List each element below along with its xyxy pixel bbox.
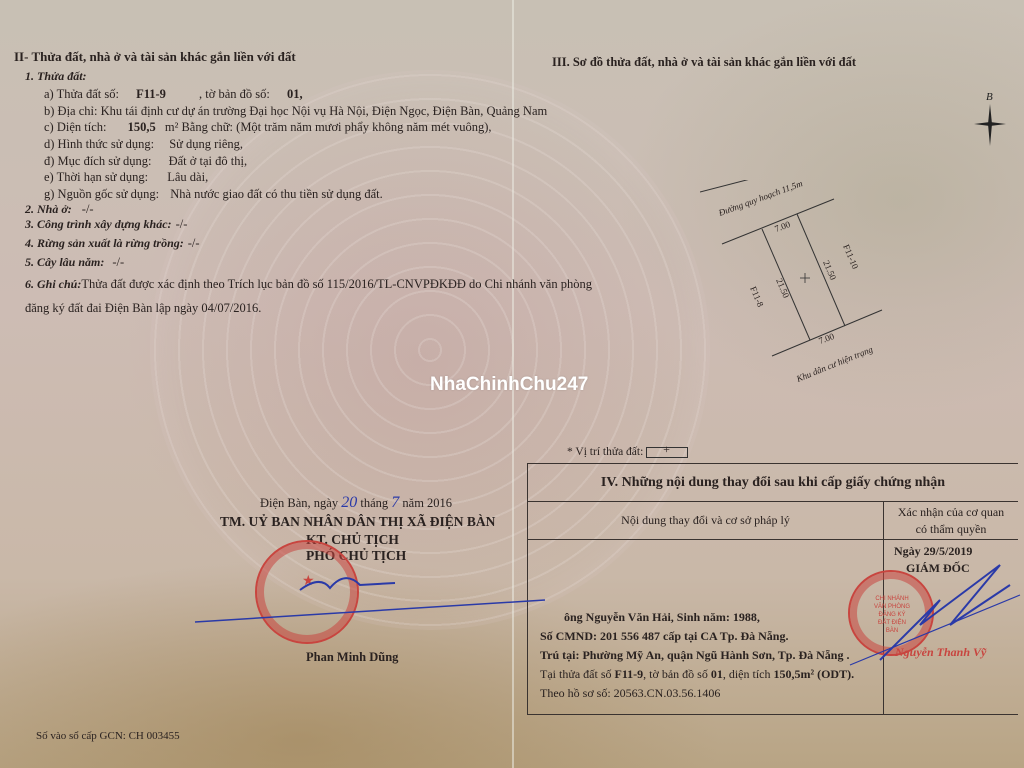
sign-date: Điện Bàn, ngày 20 tháng 7 năm 2016: [260, 494, 452, 512]
dim-top: 7.00: [773, 219, 792, 234]
dim-left: 21.50: [774, 277, 791, 300]
area-value: 150,5: [128, 120, 156, 134]
use-form-row: d) Hình thức sử dụng: Sử dụng riêng,: [44, 137, 243, 152]
label: đ) Mục đích sử dụng:: [44, 154, 151, 168]
residential-label: Khu dân cư hiện trạng: [794, 344, 875, 384]
use-form-value: Sử dụng riêng,: [169, 137, 243, 151]
sign-month: 7: [391, 494, 399, 511]
issuing-org: TM. UỶ BAN NHÂN DÂN THỊ XÃ ĐIỆN BÀN: [220, 514, 495, 530]
forest-row: 4. Rừng sản xuất là rừng trồng: -/-: [25, 234, 200, 252]
label: g) Nguồn gốc sử dụng:: [44, 187, 159, 201]
registry-number: Số vào sổ cấp GCN: CH 003455: [36, 730, 180, 742]
label: a) Thửa đất số:: [44, 87, 119, 101]
dim-right: 21.50: [821, 259, 838, 282]
use-term-value: Lâu dài,: [167, 170, 208, 184]
note-line-1: Thửa đất được xác định theo Trích lục bả…: [81, 277, 592, 291]
neighbor-left: F11-8: [748, 285, 766, 309]
label: 4. Rừng sản xuất là rừng trồng:: [25, 236, 184, 250]
area-row: c) Diện tích: 150,5 m² Bằng chữ: (Một tr…: [44, 120, 492, 135]
label: 2. Nhà ở:: [25, 202, 72, 216]
col-confirm-header: Xác nhận của cơ quan có thẩm quyền: [884, 502, 1018, 539]
star-icon: ★: [302, 573, 315, 590]
note-row: 6. Ghi chú:Thửa đất được xác định theo T…: [25, 275, 592, 293]
use-term-row: e) Thời hạn sử dụng: Lâu dài,: [44, 170, 208, 185]
area-words: Bằng chữ: (Một trăm năm mươi phẩy không …: [181, 120, 491, 134]
section-3-title: III. Sơ đồ thửa đất, nhà ở và tài sản kh…: [552, 55, 856, 70]
change-content-cell: ông Nguyễn Văn Hải, Sinh năm: 1988, Số C…: [528, 540, 884, 715]
land-parcel-row: a) Thửa đất số: F11-9 , tờ bản đồ số: 01…: [44, 87, 303, 102]
table-header: Nội dung thay đổi và cơ sở pháp lý Xác n…: [528, 502, 1018, 540]
label: 3. Công trình xây dựng khác:: [25, 217, 172, 231]
section-2-title: II- Thửa đất, nhà ở và tài sản khác gắn …: [14, 49, 296, 65]
road-label: Đường quy hoạch 11,5m: [716, 180, 804, 218]
area-unit: m²: [165, 120, 178, 134]
neighbor-right: F11-10: [841, 243, 860, 271]
parcel-location: * Vị trí thửa đất:: [567, 446, 688, 458]
text: Tại thửa đất số: [540, 667, 611, 681]
confirm-date: Ngày 29/5/2019: [894, 544, 972, 559]
map-sheet-number: 01,: [287, 87, 303, 101]
table-row: ông Nguyễn Văn Hải, Sinh năm: 1988, Số C…: [528, 540, 1018, 715]
dim-bottom: 7.00: [817, 331, 836, 346]
confirm-header-line-1: Xác nhận của cơ quan: [898, 504, 1004, 521]
label: 5. Cây lâu năm:: [25, 255, 104, 269]
label: e) Thời hạn sử dụng:: [44, 170, 148, 184]
location-marker-icon: [646, 447, 688, 458]
label: b) Địa chỉ:: [44, 104, 97, 118]
month-label: tháng: [360, 496, 388, 510]
confirm-header-line-2: có thẩm quyền: [916, 521, 987, 538]
owner-line: ông Nguyễn Văn Hải, Sinh năm: 1988,: [540, 608, 854, 627]
col-changes-header: Nội dung thay đổi và cơ sở pháp lý: [528, 502, 884, 539]
change-entry: ông Nguyễn Văn Hải, Sinh năm: 1988, Số C…: [540, 608, 854, 703]
id-line: Số CMND: 201 556 487 cấp tại CA Tp. Đà N…: [540, 627, 854, 646]
location-label: * Vị trí thửa đất:: [567, 446, 643, 458]
stamp-text: CHI NHÁNH VĂN PHÒNG ĐĂNG KÝ ĐẤT ĐIỆN BÀN: [872, 595, 912, 635]
map: 01: [711, 667, 723, 681]
land-heading: 1. Thửa đất:: [25, 69, 87, 84]
label: d) Hình thức sử dụng:: [44, 137, 154, 151]
text: , tờ bản đồ số: [643, 667, 708, 681]
value: -/-: [112, 255, 124, 269]
value: -/-: [82, 202, 94, 216]
confirm-role: GIÁM ĐỐC: [906, 561, 970, 576]
changes-table: IV. Những nội dung thay đổi sau khi cấp …: [527, 463, 1018, 715]
date-prefix: Điện Bàn, ngày: [260, 496, 338, 510]
address-value: Khu tái định cư dự án trường Đại học Nội…: [101, 104, 548, 118]
value: -/-: [176, 217, 188, 231]
label: Số vào sổ cấp GCN:: [36, 730, 126, 742]
parcel-line: Tại thửa đất số F11-9, tờ bản đồ số 01, …: [540, 665, 854, 684]
area: 150,5m² (ODT).: [774, 667, 855, 681]
origin-value: Nhà nước giao đất có thu tiền sử dụng đấ…: [170, 187, 382, 201]
other-construction-row: 3. Công trình xây dựng khác: -/-: [25, 215, 187, 233]
label: c) Diện tích:: [44, 120, 106, 134]
perennial-row: 5. Cây lâu năm: -/-: [25, 253, 124, 271]
north-label: B: [986, 91, 993, 103]
origin-row: g) Nguồn gốc sử dụng: Nhà nước giao đất …: [44, 187, 383, 202]
parcel: F11-9: [614, 667, 643, 681]
file-line: Theo hồ sơ số: 20563.CN.03.56.1406: [540, 684, 854, 703]
signer-name: Phan Minh Dũng: [306, 650, 398, 665]
text: , diện tích: [723, 667, 771, 681]
value: -/-: [188, 236, 200, 250]
confirm-signer: Nguyễn Thanh Vỹ: [895, 645, 986, 660]
use-purpose-row: đ) Mục đích sử dụng: Đất ở tại đô thị,: [44, 154, 247, 169]
value: CH 003455: [129, 730, 180, 742]
section-4-title: IV. Những nội dung thay đổi sau khi cấp …: [528, 464, 1018, 502]
year: năm 2016: [402, 496, 452, 510]
address-row: b) Địa chỉ: Khu tái định cư dự án trường…: [44, 104, 547, 119]
parcel-number: F11-9: [136, 87, 166, 101]
note-line-2: đăng ký đất đai Điện Bàn lập ngày 04/07/…: [25, 301, 261, 316]
use-purpose-value: Đất ở tại đô thị,: [169, 154, 247, 168]
label: , tờ bản đồ số:: [199, 87, 270, 101]
sign-day: 20: [341, 494, 357, 511]
north-arrow-icon: B: [970, 90, 1010, 150]
official-stamp-left: [255, 540, 359, 644]
label: 6. Ghi chú:: [25, 277, 81, 291]
parcel-diagram: Đường quy hoạch 11,5m 7.00 7.00 21.50 21…: [700, 180, 900, 390]
watermark: NhaChinhChu247: [430, 374, 588, 396]
residence-line: Trú tại: Phường Mỹ An, quận Ngũ Hành Sơn…: [540, 646, 854, 665]
